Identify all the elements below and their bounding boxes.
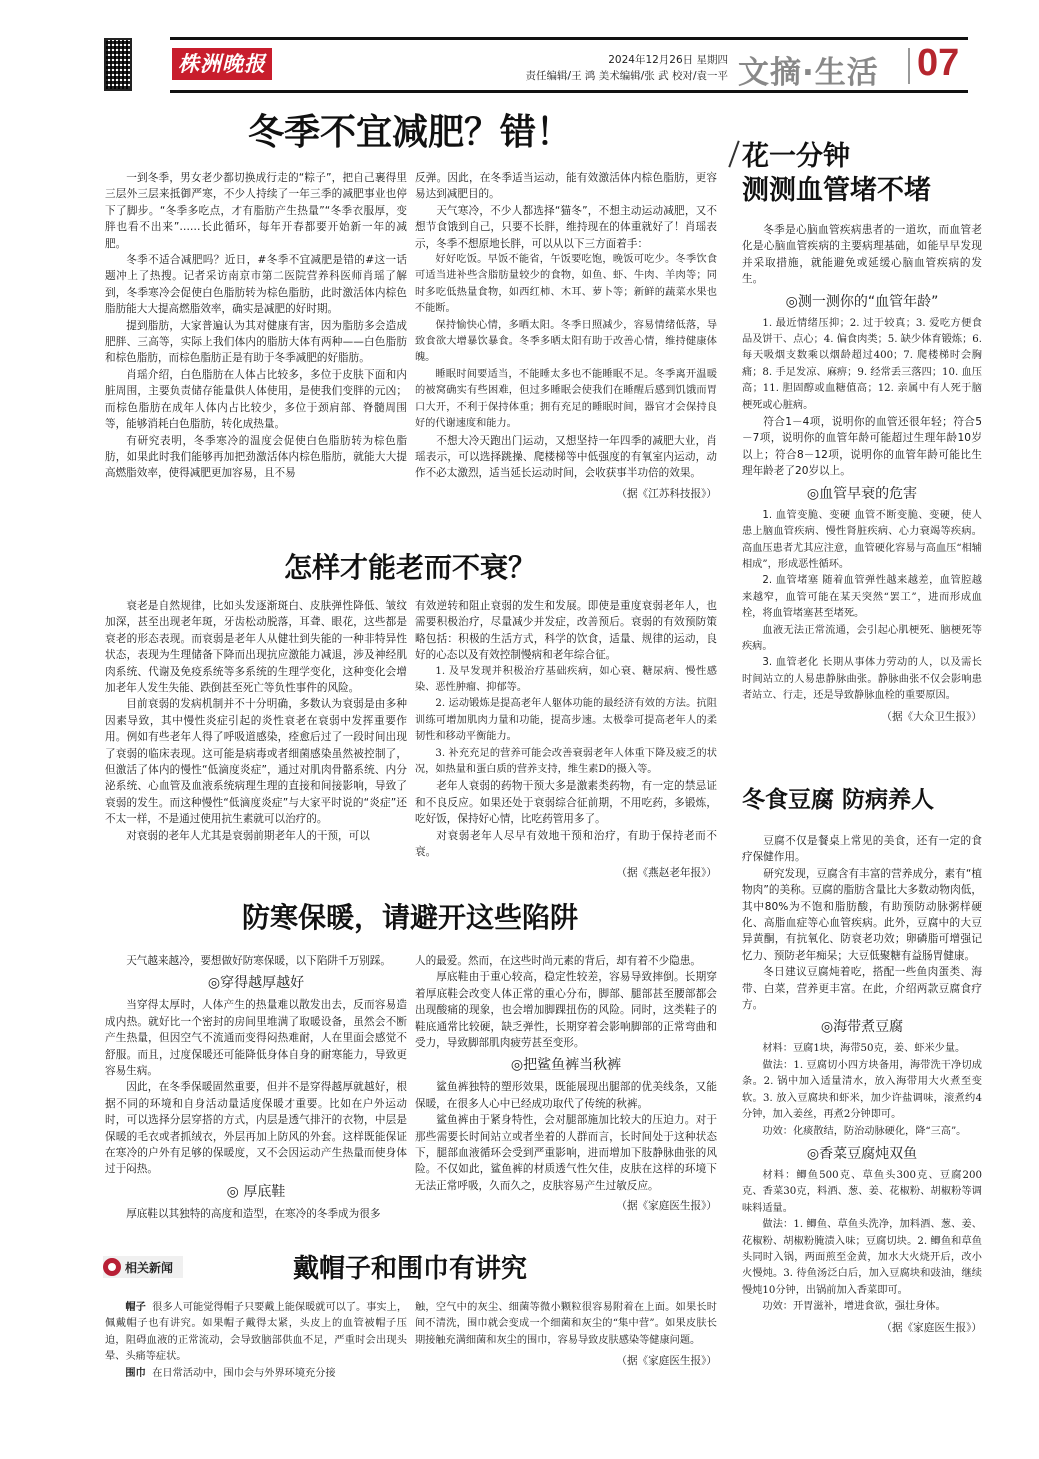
paragraph: 帽子 很多人可能觉得帽子只要戴上能保暖就可以了。事实上，佩戴帽子也有讲究。如果帽… — [105, 1300, 407, 1366]
article-source: （据《家庭医生报》） — [415, 1198, 717, 1214]
paragraph: 对衰弱的老年人尤其是衰弱前期老年人的干预，可以 — [105, 828, 407, 844]
page-number: 07 — [917, 42, 959, 85]
article-column: 帽子 很多人可能觉得帽子只要戴上能保暖就可以了。事实上，佩戴帽子也有讲究。如果帽… — [105, 1300, 407, 1382]
list-item: 1. 及早发现并积极治疗基础疾病，如心衰、糖尿病、慢性感染、恶性肿瘤、抑郁等。 — [415, 664, 717, 697]
tip-paragraph: 好好吃饭。早饭不能省，午饭要吃饱，晚饭可吃少。冬季饮食可适当进补些含脂肪量较少的… — [415, 252, 717, 318]
subheading: ◎测一测你的“血管年龄” — [742, 290, 982, 314]
article-source: （据《大众卫生报》） — [742, 709, 982, 725]
paragraph: 天气寒冷，不少人都选择“猫冬”，不想主动运动减肥，又不想节食饿到自己，只要不长胖… — [415, 203, 717, 252]
paragraph: 厚底鞋由于重心较高，稳定性较差，容易导致摔倒。长期穿着厚底鞋会改变人体正常的重心… — [415, 969, 717, 1051]
paragraph: 触，空气中的灰尘、细菌等微小颗粒很容易附着在上面。如果长时间不清洗，围巾就会变成… — [415, 1300, 717, 1349]
paragraph: 当穿得太厚时，人体产生的热量难以散发出去，反而容易造成内热。就好比一个密封的房间… — [105, 997, 407, 1079]
article-column: 天气越来越冷，要想做好防寒保暖，以下陷阱千万别踩。 ◎穿得越厚越好 当穿得太厚时… — [105, 953, 407, 1222]
article-title: 怎样才能老而不衰？ — [100, 548, 720, 588]
recipe-effect: 功效：化痰散结，防治动脉硬化，降“三高”。 — [742, 1124, 982, 1140]
recipe-materials: 材料：豆腐1块，海带50克，姜、虾米少量。 — [742, 1041, 982, 1057]
issue-date: 2024年12月26日 星期四 — [480, 52, 728, 67]
article-title: 冬季不宜减肥？错！ — [100, 108, 720, 156]
recipe-effect: 功效：开胃滋补，增进食欲，强壮身体。 — [742, 1299, 982, 1315]
article-title: 防寒保暖，请避开这些陷阱 — [100, 898, 720, 938]
list-item: 3. 补充充足的营养可能会改善衰弱老年人体重下降及疲乏的状况，如热量和蛋白质的营… — [415, 746, 717, 779]
checklist: 1. 最近情绪压抑；2. 过于较真；3. 爱吃方便食品及饼干、点心；4. 偏食肉… — [742, 316, 982, 414]
section-name: 文摘·生活 — [738, 47, 879, 92]
paragraph: 不想大冷天跑出门运动，又想坚持一年四季的减肥大业，肖瑶表示，可以选择跳操、爬楼梯… — [415, 433, 717, 482]
recipe-materials: 材料：鲫鱼500克、草鱼头300克、豆腐200克、香菜30克，料酒、葱、姜、花椒… — [742, 1168, 982, 1217]
article-column: 衰老是自然规律，比如头发逐渐斑白、皮肤弹性降低、皱纹加深，甚至出现老年斑，牙齿松… — [105, 598, 407, 844]
paragraph: 有研究表明，冬季寒冷的温度会促使白色脂肪转为棕色脂肪，如果此时我们能够再加把劲激… — [105, 433, 407, 482]
paragraph: 人的最爱。然而，在这些时尚元素的背后，却有着不少隐患。 — [415, 953, 717, 969]
article-source: （据《家庭医生报》） — [742, 1320, 982, 1336]
masthead-top-rule — [170, 37, 968, 40]
recipe-method: 做法：1. 豆腐切小四方块备用，海带洗干净切成条。2. 锅中加入适量清水，放入海… — [742, 1058, 982, 1124]
subheading: ◎ 厚底鞋 — [105, 1180, 407, 1204]
paragraph: 反弹。因此，在冬季适当运动，能有效激活体内棕色脂肪，更容易达到减肥目的。 — [415, 170, 717, 203]
harm-item: 3. 血管老化 长期从事体力劳动的人，以及需长时间站立的人易患静脉曲张。静脉曲张… — [742, 655, 982, 704]
editor-credits: 责任编辑/王 鸿 美术编辑/张 武 校对/袁一平 — [480, 68, 728, 83]
paragraph: 豆腐不仅是餐桌上常见的美食，还有一定的食疗保健作用。 — [742, 833, 982, 866]
paragraph: 老年人衰弱的药物干预大多是激素类药物，有一定的禁忌证和不良反应。如果还处于衰弱综… — [415, 778, 717, 827]
article-column: 有效逆转和阻止衰弱的发生和发展。即使是重度衰弱老年人，也需要积极治疗，尽量减少并… — [415, 598, 717, 881]
newspaper-logo: 株洲晚报 — [172, 48, 272, 80]
sidebar-column: 冬季是心脑血管疾病患者的一道坎，而血管老化是心脑血管疾病的主要病理基础，如能早早… — [742, 222, 982, 725]
sidebar-column: 豆腐不仅是餐桌上常见的美食，还有一定的食疗保健作用。 研究发现，豆腐含有丰富的营… — [742, 833, 982, 1336]
subheading: ◎血管早衰的危害 — [742, 482, 982, 506]
paragraph: 因此，在冬季保暖固然重要，但并不是穿得越厚就越好，根据不同的环境和自身活动量适度… — [105, 1079, 407, 1177]
paragraph: 有效逆转和阻止衰弱的发生和发展。即使是重度衰弱老年人，也需要积极治疗，尽量减少并… — [415, 598, 717, 664]
paragraph: 鲨鱼裤由于紧身特性，会对腿部施加比较大的压迫力。对于那些需要长时间站立或者坐着的… — [415, 1112, 717, 1194]
tip-paragraph: 保持愉快心情，多晒太阳。冬季日照减少，容易情绪低落，导致食欲大增暴饮暴食。冬季多… — [415, 318, 717, 367]
paragraph: 冬季不适合减肥吗？近日，#冬季不宜减肥是错的#这一话题冲上了热搜。记者采访南京市… — [105, 252, 407, 318]
harm-item: 2. 血管堵塞 随着血管弹性越来越差，血管腔越来越窄，血管可能在某天突然“罢工”… — [742, 573, 982, 622]
paragraph: 冬日建议豆腐炖着吃，搭配一些鱼肉蛋类、海带、白菜，营养更丰富。在此，介绍两款豆腐… — [742, 964, 982, 1013]
paragraph: 天气越来越冷，要想做好防寒保暖，以下陷阱千万别踩。 — [105, 953, 407, 969]
paragraph: 肖瑶介绍，白色脂肪在人体占比较多，多位于皮肤下面和内脏周围，主要负责储存能量供人… — [105, 367, 407, 433]
subheading: ◎穿得越厚越好 — [105, 971, 407, 995]
paragraph: 符合1－4项，说明你的血管还很年轻；符合5－7项，说明你的血管年龄可能超过生理年… — [742, 414, 982, 480]
article-source: （据《燕赵老年报》） — [415, 865, 717, 881]
recipe-title: ◎海带煮豆腐 — [742, 1015, 982, 1039]
paragraph: 目前衰弱的发病机制并不十分明确，多数认为衰弱是由多种因素导致，其中慢性炎症引起的… — [105, 696, 407, 827]
harm-item: 1. 血管变脆、变硬 血管不断变脆、变硬，使人患上脑血管疾病、慢性肾脏疾病、心力… — [742, 508, 982, 574]
article-column: 反弹。因此，在冬季适当运动，能有效激活体内棕色脂肪，更容易达到减肥目的。 天气寒… — [415, 170, 717, 502]
tip-paragraph: 睡眠时间要适当，不能睡太多也不能睡眠不足。冬季离开温暖的被窝确实有些困难，但过多… — [415, 367, 717, 433]
paragraph: 冬季是心脑血管疾病患者的一道坎，而血管老化是心脑血管疾病的主要病理基础，如能早早… — [742, 222, 982, 288]
recipe-method: 做法：1. 鲫鱼、草鱼头洗净，加料酒、葱、姜、花椒粉、胡椒粉腌渍入味；豆腐切块。… — [742, 1217, 982, 1299]
article-column: 一到冬季，男女老少都切换成行走的“粽子”，把自己裹得里三层外三层来抵御严寒，不少… — [105, 170, 407, 482]
paragraph: 一到冬季，男女老少都切换成行走的“粽子”，把自己裹得里三层外三层来抵御严寒，不少… — [105, 170, 407, 252]
paragraph: 提到脂肪，大家普遍认为其对健康有害，因为脂肪多会造成肥胖、三高等，实际上我们体内… — [105, 318, 407, 367]
article-source: （据《江苏科技报》） — [415, 486, 717, 502]
article-source: （据《家庭医生报》） — [415, 1353, 717, 1369]
title-accent-mark — [728, 141, 739, 168]
section-divider — [908, 48, 910, 84]
sidebar-title: 花一分钟 测测血管堵不堵 — [742, 140, 992, 208]
article-column: 触，空气中的灰尘、细菌等微小颗粒很容易附着在上面。如果长时间不清洗，围巾就会变成… — [415, 1300, 717, 1369]
article-column: 人的最爱。然而，在这些时尚元素的背后，却有着不少隐患。 厚底鞋由于重心较高，稳定… — [415, 953, 717, 1214]
harm-item: 血液无法正常流通，会引起心肌梗死、脑梗死等疾病。 — [742, 623, 982, 656]
paragraph: 厚底鞋以其独特的高度和造型，在寒冷的冬季成为很多 — [105, 1206, 407, 1222]
paragraph: 对衰弱老年人尽早有效地干预和治疗，有助于保持老而不衰。 — [415, 828, 717, 861]
paragraph: 研究发现，豆腐含有丰富的营养成分，素有“植物肉”的美称。豆腐的脂肪含量比大多数动… — [742, 866, 982, 964]
list-item: 2. 运动锻炼是提高老年人躯体功能的最经济有效的方法。抗阻训练可增加肌肉力量和功… — [415, 696, 717, 745]
paragraph: 围巾 在日常活动中，围巾会与外界环境充分接 — [105, 1366, 407, 1382]
subheading: ◎把鲨鱼裤当秋裤 — [415, 1053, 717, 1077]
paragraph: 衰老是自然规律，比如头发逐渐斑白、皮肤弹性降低、皱纹加深，甚至出现老年斑，牙齿松… — [105, 598, 407, 696]
article-title: 戴帽子和围巾有讲究 — [100, 1250, 720, 1288]
paragraph: 鲨鱼裤独特的塑形效果，既能展现出腿部的优美线条，又能保暖，在很多人心中已经成功取… — [415, 1079, 717, 1112]
recipe-title: ◎香菜豆腐炖双鱼 — [742, 1142, 982, 1166]
qr-code-icon — [104, 38, 132, 91]
sidebar-title: 冬食豆腐 防病养人 — [742, 783, 992, 817]
